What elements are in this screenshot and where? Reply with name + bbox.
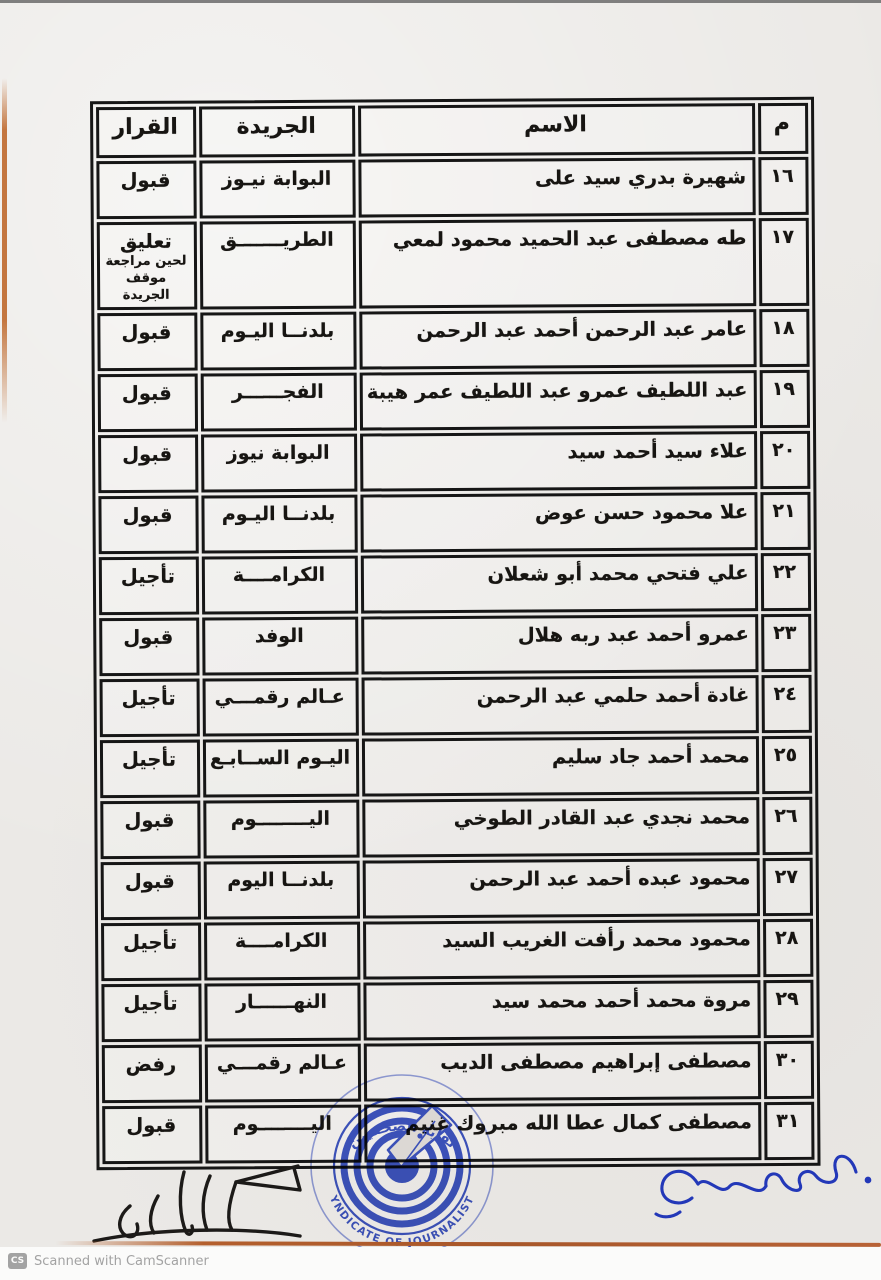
cell-newspaper: البوابة نيوز (201, 433, 357, 492)
cell-name: مروة محمد أحمد محمد سيد (363, 980, 760, 1040)
cell-decision: قبول (98, 495, 198, 554)
cell-newspaper: الفجــــــر (201, 372, 357, 431)
cell-name: علا محمود حسن عوض (360, 492, 757, 552)
column-header-decision: القرار (96, 107, 196, 159)
header-row: م الاسم الجريدة القرار (96, 103, 808, 158)
decision-text: قبول (104, 320, 188, 344)
cell-number: ٢٤ (761, 674, 811, 732)
table-row: ١٩ عبد اللطيف عمرو عبد اللطيف عمر هيبة ا… (98, 369, 810, 431)
decision-note (107, 832, 191, 833)
camscanner-watermark: CS Scanned with CamScanner (8, 1253, 209, 1269)
column-header-number: م (758, 103, 808, 154)
cell-decision: قبول (98, 373, 198, 432)
cell-newspaper: البوابة نيـوز (199, 160, 355, 219)
decision-text: قبول (105, 442, 189, 466)
scan-top-edge (0, 0, 881, 3)
cell-name: عمرو أحمد عبد ربه هلال (361, 614, 758, 674)
table-row: ٢٧ محمود عبده أحمد عبد الرحمن بلدنــا ال… (101, 857, 813, 919)
decision-note (106, 527, 190, 528)
table-row: ٢١ علا محمود حسن عوض بلدنــا اليـوم قبول (98, 491, 810, 553)
cell-decision: تأجيل (101, 922, 201, 981)
cell-decision: تأجيل (99, 556, 199, 615)
cell-newspaper: بلدنــا اليـوم (200, 311, 356, 370)
cell-number: ١٦ (758, 157, 808, 215)
cell-decision: قبول (97, 312, 197, 371)
signature-right (628, 1126, 878, 1231)
cell-decision: تأجيل (100, 678, 200, 737)
cell-newspaper: بلدنــا اليـوم (201, 494, 357, 553)
cell-decision: قبول (100, 800, 200, 859)
table-row: ٢٦ محمد نجدي عبد القادر الطوخي اليــــــ… (100, 796, 812, 858)
decision-note (105, 466, 189, 467)
cell-newspaper: بلدنــا اليوم (204, 860, 360, 919)
cell-newspaper: النهــــــار (204, 982, 360, 1041)
cell-newspaper: الكرامــــة (204, 921, 360, 980)
cell-number: ٢٥ (762, 735, 812, 793)
cell-decision: تعليق لحين مراجعة موقف الجريدة (97, 222, 198, 310)
signature-left (86, 1136, 326, 1246)
cell-name: عامر عبد الرحمن أحمد عبد الرحمن (359, 309, 756, 369)
registry-table: م الاسم الجريدة القرار ١٦ شهيرة بدري سيد… (90, 97, 820, 1170)
camscanner-icon: CS (8, 1253, 27, 1269)
cell-number: ٢٢ (760, 552, 810, 610)
table-row: ٢٤ غادة أحمد حلمي عبد الرحمن عـالم رقمــ… (100, 674, 812, 736)
cell-number: ٢٠ (760, 430, 810, 488)
decision-text: تعليق (104, 230, 188, 254)
decision-note (105, 405, 189, 406)
cell-newspaper: الطريـــــــق (200, 221, 357, 310)
decision-text: تأجيل (108, 991, 192, 1015)
cell-name: محمد أحمد جاد سليم (362, 736, 759, 796)
table-row: ١٨ عامر عبد الرحمن أحمد عبد الرحمن بلدنـ… (97, 308, 809, 370)
decision-text: قبول (105, 503, 189, 527)
table-row: ١٦ شهيرة بدري سيد على البوابة نيـوز قبول (96, 157, 808, 219)
decision-note: لحين مراجعة موقف الجريدة (104, 254, 188, 305)
decision-text: قبول (108, 869, 192, 893)
decision-note (108, 893, 192, 894)
table-row: ٢٠ علاء سيد أحمد سيد البوابة نيوز قبول (98, 430, 810, 492)
cell-newspaper: عـالم رقمـــي (203, 677, 359, 736)
table-row: ٢٢ علي فتحي محمد أبو شعلان الكرامــــة ت… (99, 552, 811, 614)
table-row: ٢٩ مروة محمد أحمد محمد سيد النهــــــار … (101, 979, 813, 1041)
cell-number: ٢١ (760, 491, 810, 549)
scan-bottom-edge (55, 1241, 881, 1247)
cell-number: ١٨ (759, 308, 809, 366)
decision-note (106, 588, 190, 589)
decision-note (107, 710, 191, 711)
cell-number: ١٧ (758, 218, 809, 306)
decision-text: رفض (109, 1052, 193, 1076)
decision-note (109, 1015, 193, 1016)
cell-name: علي فتحي محمد أبو شعلان (361, 553, 758, 613)
cell-name: شهيرة بدري سيد على (358, 157, 755, 217)
cell-number: ٢٦ (762, 796, 812, 854)
cell-number: ٢٨ (763, 918, 813, 976)
table-body: ١٦ شهيرة بدري سيد على البوابة نيـوز قبول… (96, 157, 814, 1164)
decision-note (104, 193, 188, 194)
decision-note (109, 1076, 193, 1077)
decision-note (106, 649, 190, 650)
camscanner-text: Scanned with CamScanner (34, 1254, 209, 1269)
decision-note (104, 344, 188, 345)
registry-table-wrap: م الاسم الجريدة القرار ١٦ شهيرة بدري سيد… (90, 97, 820, 1170)
scanner-footer: CS Scanned with CamScanner (0, 1247, 881, 1280)
cell-number: ٢٧ (762, 857, 812, 915)
cell-newspaper: اليـوم الســابـع (203, 738, 359, 797)
cell-number: ٢٩ (763, 979, 813, 1037)
decision-text: قبول (109, 1113, 193, 1137)
cell-number: ٣٠ (763, 1040, 813, 1098)
cell-decision: تأجيل (100, 739, 200, 798)
cell-newspaper: الكرامــــة (202, 555, 358, 614)
table-row: ١٧ طه مصطفى عبد الحميد محمود لمعي الطريـ… (97, 218, 809, 310)
scanned-page: م الاسم الجريدة القرار ١٦ شهيرة بدري سيد… (0, 0, 881, 1280)
decision-text: تأجيل (106, 564, 190, 588)
cell-decision: تأجيل (101, 983, 201, 1042)
decision-text: تأجيل (107, 747, 191, 771)
cell-name: عبد اللطيف عمرو عبد اللطيف عمر هيبة (360, 370, 757, 430)
cell-decision: قبول (101, 861, 201, 920)
decision-text: تأجيل (107, 686, 191, 710)
cell-name: غادة أحمد حلمي عبد الرحمن (362, 675, 759, 735)
decision-text: قبول (105, 381, 189, 405)
table-row: ٢٣ عمرو أحمد عبد ربه هلال الوفد قبول (99, 613, 811, 675)
decision-note (107, 771, 191, 772)
decision-text: قبول (103, 169, 187, 193)
cell-decision: قبول (99, 617, 199, 676)
column-header-newspaper: الجريدة (199, 106, 355, 158)
cell-decision: رفض (102, 1044, 202, 1103)
cell-newspaper: الوفد (202, 616, 358, 675)
decision-text: تأجيل (108, 930, 192, 954)
cell-name: طه مصطفى عبد الحميد محمود لمعي (359, 218, 756, 308)
syndicate-stamp: نقابة الصحفيين SYNDICATE OF JOURNALISTS (302, 1066, 502, 1266)
cell-number: ١٩ (759, 369, 809, 427)
cell-name: علاء سيد أحمد سيد (360, 431, 757, 491)
table-row: ٢٨ محمود محمد رأفت الغريب السيد الكرامــ… (101, 918, 813, 980)
decision-text: قبول (107, 808, 191, 832)
cell-number: ٢٣ (761, 613, 811, 671)
decision-text: قبول (106, 625, 190, 649)
decision-note (108, 954, 192, 955)
cell-newspaper: اليــــــــوم (203, 799, 359, 858)
cell-name: محمود محمد رأفت الغريب السيد (363, 919, 760, 979)
cell-name: محمد نجدي عبد القادر الطوخي (362, 797, 759, 857)
cell-decision: قبول (96, 161, 196, 220)
table-row: ٢٥ محمد أحمد جاد سليم اليـوم الســابـع ت… (100, 735, 812, 797)
cell-decision: قبول (98, 434, 198, 493)
scan-left-edge (2, 78, 7, 423)
cell-name: محمود عبده أحمد عبد الرحمن (363, 858, 760, 918)
column-header-name: الاسم (358, 103, 755, 156)
